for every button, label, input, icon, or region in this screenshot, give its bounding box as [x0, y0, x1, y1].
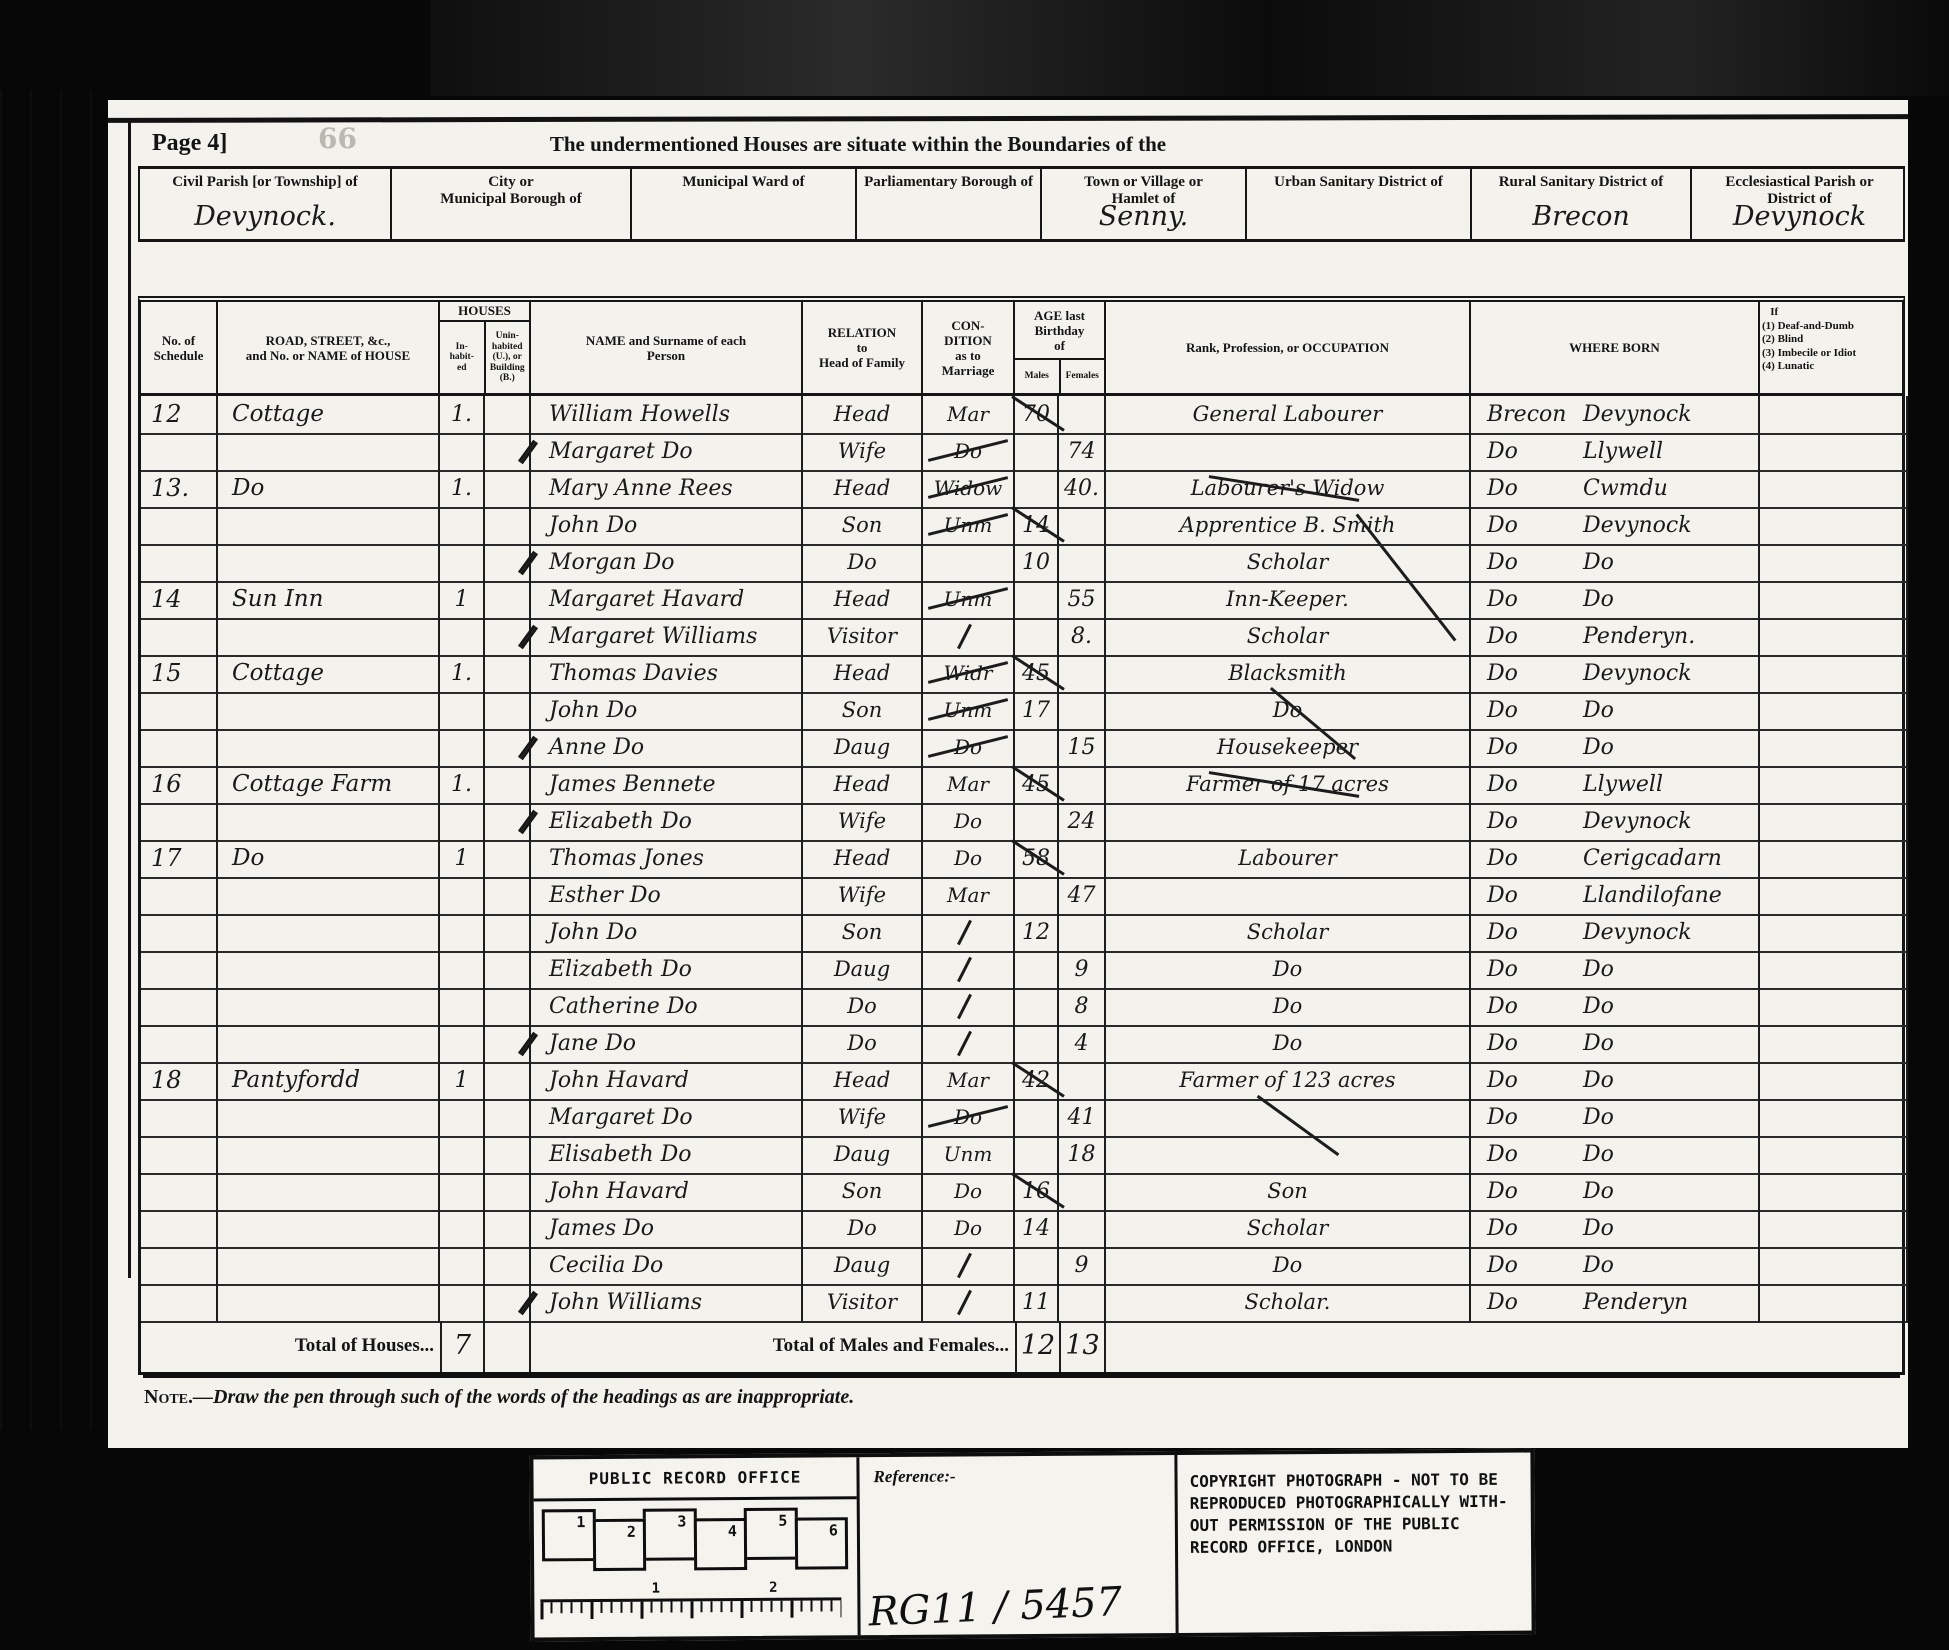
cell-house [218, 1099, 440, 1138]
born-county: Do [1487, 655, 1518, 692]
cell-occupation [1106, 803, 1471, 842]
cell-schedule [141, 951, 218, 990]
cell-house [218, 544, 440, 583]
born-county: Do [1487, 988, 1518, 1025]
cell-infirm [1760, 1284, 1908, 1323]
cell-condition: Do [923, 840, 1015, 879]
cell-uninhabited [485, 692, 531, 731]
cell-occupation: Labourer's Widow [1106, 470, 1471, 509]
born-parish: Penderyn. [1583, 618, 1695, 655]
cell-relation: Son [803, 914, 923, 953]
cell-occupation: Blacksmith [1106, 655, 1471, 694]
stamp-reference-section: Reference:- RG11 / 5457 [859, 1455, 1178, 1635]
cell-name: James Bennete [531, 766, 803, 805]
census-table: No. of Schedule ROAD, STREET, &c., and N… [138, 296, 1905, 1375]
cell-age_male: 42 [1015, 1062, 1059, 1101]
cell-house: Do [218, 470, 440, 509]
cell-born: DoPenderyn. [1471, 618, 1760, 657]
cell-name: Elizabeth Do [531, 803, 803, 842]
cell-age_male [1015, 803, 1059, 842]
cell-uninhabited [485, 655, 531, 694]
table-row: 12Cottage1.William HowellsHeadMar70Gener… [141, 396, 1902, 433]
cell-schedule [141, 692, 218, 731]
cell-schedule [141, 544, 218, 583]
cell-uninhabited [485, 988, 531, 1027]
pencil-folio-note: 66 [318, 122, 357, 155]
census-rows: 12Cottage1.William HowellsHeadMar70Gener… [138, 396, 1905, 1321]
district-label: Municipal Ward of [632, 174, 855, 191]
cell-uninhabited [485, 877, 531, 916]
cell-age_female [1059, 396, 1106, 435]
pro-reference-stamp: PUBLIC RECORD OFFICE 123456 1 2 Referenc… [529, 1448, 1535, 1641]
cell-inhabited [440, 1025, 485, 1064]
cell-born: DoDo [1471, 692, 1760, 731]
born-county: Brecon [1487, 396, 1566, 433]
page-left-rule [128, 118, 131, 1278]
cell-relation: Son [803, 692, 923, 731]
cell-occupation [1106, 877, 1471, 916]
table-row: Margaret DoWifeDo74DoLlywell [141, 433, 1902, 470]
cell-age_male: 70 [1015, 396, 1059, 435]
table-row: 15Cottage1.Thomas DaviesHeadWidr45Blacks… [141, 655, 1902, 692]
cell-house [218, 951, 440, 990]
cell-infirm [1760, 581, 1908, 620]
footnote: Note.—Draw the pen through such of the w… [144, 1386, 854, 1409]
cell-age_female [1059, 507, 1106, 546]
born-county: Do [1487, 544, 1518, 581]
cell-occupation: General Labourer [1106, 396, 1471, 435]
cell-relation: Visitor [803, 1284, 923, 1323]
table-row: Elizabeth DoDaug9DoDoDo [141, 951, 1902, 988]
cell-born: DoDo [1471, 1173, 1760, 1212]
born-county: Do [1487, 507, 1518, 544]
table-row: Margaret DoWifeDo41DoDo [141, 1099, 1902, 1136]
cell-name: Mary Anne Rees [531, 470, 803, 509]
cell-relation: Do [803, 1025, 923, 1064]
totals-row: Total of Houses... 7 Total of Males and … [138, 1321, 1905, 1375]
cell-name: Margaret Do [531, 433, 803, 472]
cell-house [218, 1025, 440, 1064]
cell-house [218, 1247, 440, 1286]
cell-condition [923, 1025, 1015, 1064]
born-county: Do [1487, 1210, 1518, 1247]
cell-occupation: Son [1106, 1173, 1471, 1212]
cell-relation: Head [803, 840, 923, 879]
ruler-major-ticks [540, 1600, 841, 1619]
born-parish: Do [1583, 729, 1614, 766]
cell-inhabited [440, 877, 485, 916]
cell-name: Anne Do [531, 729, 803, 768]
cell-name: Margaret Do [531, 1099, 803, 1138]
cell-uninhabited [485, 1136, 531, 1175]
cell-age_male: 14 [1015, 1210, 1059, 1249]
cell-relation: Wife [803, 803, 923, 842]
born-parish: Do [1583, 692, 1614, 729]
cell-condition: Mar [923, 1062, 1015, 1101]
col-header-uninhabited: Unin- habited (U.), or Building (B.) [486, 322, 530, 393]
cell-inhabited [440, 1136, 485, 1175]
born-parish: Penderyn [1583, 1284, 1688, 1321]
cell-house [218, 803, 440, 842]
cell-house: Do [218, 840, 440, 879]
cell-inhabited [440, 729, 485, 768]
born-county: Do [1487, 618, 1518, 655]
born-parish: Llywell [1583, 766, 1663, 803]
cell-schedule [141, 1284, 218, 1323]
cell-relation: Wife [803, 1099, 923, 1138]
cell-schedule [141, 877, 218, 916]
cell-inhabited [440, 692, 485, 731]
cell-born: DoDo [1471, 1247, 1760, 1286]
cell-condition: Unm [923, 1136, 1015, 1175]
born-county: Do [1487, 470, 1518, 507]
cell-name: Jane Do [531, 1025, 803, 1064]
col-header-name: NAME and Surname of each Person [531, 302, 803, 393]
district-label: Rural Sanitary District of [1472, 174, 1690, 191]
cell-uninhabited [485, 581, 531, 620]
cell-age_female [1059, 544, 1106, 583]
cell-infirm [1760, 433, 1908, 472]
cell-age_female [1059, 1210, 1106, 1249]
born-county: Do [1487, 581, 1518, 618]
district-value: Brecon [1472, 201, 1690, 232]
cell-relation: Head [803, 396, 923, 435]
cell-condition [923, 988, 1015, 1027]
district-header-table: Civil Parish [or Township] ofDevynock.Ci… [138, 166, 1905, 242]
census-page: Page 4] 66 The undermentioned Houses are… [108, 100, 1908, 1448]
cell-name: John Do [531, 507, 803, 546]
cell-schedule: 15 [141, 655, 218, 694]
cell-occupation: Do [1106, 692, 1471, 731]
col-header-schedule: No. of Schedule [141, 302, 218, 393]
cell-inhabited [440, 544, 485, 583]
total-females-value: 13 [1059, 1321, 1106, 1372]
cell-born: DoLlandilofane [1471, 877, 1760, 916]
born-parish: Do [1583, 988, 1614, 1025]
cell-relation: Head [803, 1062, 923, 1101]
cell-occupation: Scholar [1106, 1210, 1471, 1249]
cell-infirm [1760, 988, 1908, 1027]
born-county: Do [1487, 914, 1518, 951]
cell-inhabited [440, 618, 485, 657]
cell-condition: Widow [923, 470, 1015, 509]
cell-house [218, 914, 440, 953]
col-header-relation: RELATION to Head of Family [803, 302, 923, 393]
cell-infirm [1760, 1173, 1908, 1212]
cell-age_male [1015, 729, 1059, 768]
cell-name: William Howells [531, 396, 803, 435]
cell-relation: Do [803, 1210, 923, 1249]
col-header-infirmity: If (1) Deaf-and-Dumb (2) Blind (3) Imbec… [1760, 302, 1908, 393]
cell-name: Margaret Havard [531, 581, 803, 620]
cell-condition: Do [923, 433, 1015, 472]
cell-uninhabited [485, 1210, 531, 1249]
cell-condition [923, 951, 1015, 990]
cell-inhabited [440, 507, 485, 546]
cell-age_female [1059, 766, 1106, 805]
born-parish: Devynock [1583, 803, 1692, 840]
table-row: 14Sun Inn1Margaret HavardHeadUnm55Inn-Ke… [141, 581, 1902, 618]
stamp-copyright-text: COPYRIGHT PHOTOGRAPH - NOT TO BE REPRODU… [1177, 1453, 1531, 1633]
cell-house [218, 433, 440, 472]
cell-age_male: 10 [1015, 544, 1059, 583]
table-row: Anne DoDaugDo15HousekeeperDoDo [141, 729, 1902, 766]
cell-condition [923, 1284, 1015, 1323]
cell-condition: Do [923, 803, 1015, 842]
scale-cell: 3 [643, 1508, 697, 1560]
cell-house: Pantyfordd [218, 1062, 440, 1101]
cell-born: DoDo [1471, 1136, 1760, 1175]
cell-schedule: 14 [141, 581, 218, 620]
cell-name: Margaret Williams [531, 618, 803, 657]
table-row: Elizabeth DoWifeDo24DoDevynock [141, 803, 1902, 840]
cell-schedule: 18 [141, 1062, 218, 1101]
cell-name: Catherine Do [531, 988, 803, 1027]
cell-condition: Do [923, 1173, 1015, 1212]
cell-age_male [1015, 877, 1059, 916]
cell-occupation: Do [1106, 1025, 1471, 1064]
cell-occupation: Housekeeper [1106, 729, 1471, 768]
cell-born: DoLlywell [1471, 433, 1760, 472]
born-parish: Devynock [1583, 396, 1692, 433]
scale-cell: 4 [693, 1518, 747, 1570]
cell-schedule [141, 618, 218, 657]
cell-inhabited [440, 988, 485, 1027]
cell-condition: Do [923, 1210, 1015, 1249]
cell-infirm [1760, 1025, 1908, 1064]
cell-occupation: Inn-Keeper. [1106, 581, 1471, 620]
footnote-text: —Draw the pen through such of the words … [193, 1386, 854, 1408]
district-column: Town or Village or Hamlet ofSenny. [1042, 169, 1247, 239]
cell-infirm [1760, 803, 1908, 842]
table-row: John WilliamsVisitor11Scholar.DoPenderyn [141, 1284, 1902, 1321]
cell-age_female: 41 [1059, 1099, 1106, 1138]
cell-uninhabited [485, 1173, 531, 1212]
cell-occupation: Do [1106, 988, 1471, 1027]
cell-inhabited: 1. [440, 655, 485, 694]
cell-age_male [1015, 470, 1059, 509]
born-county: Do [1487, 1025, 1518, 1062]
cell-relation: Visitor [803, 618, 923, 657]
col-header-age: AGE last Birthday of [1015, 302, 1104, 360]
district-column: Rural Sanitary District ofBrecon [1472, 169, 1692, 239]
cell-age_male [1015, 1099, 1059, 1138]
cell-inhabited [440, 1099, 485, 1138]
table-row: Jane DoDo4DoDoDo [141, 1025, 1902, 1062]
born-parish: Do [1583, 1173, 1614, 1210]
cell-infirm [1760, 951, 1908, 990]
cell-born: DoDo [1471, 1099, 1760, 1138]
cell-born: DoDo [1471, 988, 1760, 1027]
born-county: Do [1487, 1247, 1518, 1284]
cell-uninhabited [485, 1099, 531, 1138]
cell-age_female [1059, 1284, 1106, 1323]
district-label: City or Municipal Borough of [392, 174, 630, 208]
ruler-number-2: 2 [769, 1580, 778, 1596]
cell-infirm [1760, 1099, 1908, 1138]
table-row: John DoSonUnm17DoDoDo [141, 692, 1902, 729]
cell-age_female: 18 [1059, 1136, 1106, 1175]
born-county: Do [1487, 1173, 1518, 1210]
district-column: Ecclesiastical Parish or District ofDevy… [1692, 169, 1907, 239]
table-row: John DoSon12ScholarDoDevynock [141, 914, 1902, 951]
district-column: Municipal Ward of [632, 169, 857, 239]
table-row: Cecilia DoDaug9DoDoDo [141, 1247, 1902, 1284]
born-county: Do [1487, 692, 1518, 729]
cell-inhabited: 1. [440, 470, 485, 509]
cell-infirm [1760, 692, 1908, 731]
cell-schedule [141, 988, 218, 1027]
cell-age_male [1015, 988, 1059, 1027]
cell-house [218, 1284, 440, 1323]
total-houses-value: 7 [440, 1321, 485, 1372]
cell-schedule [141, 433, 218, 472]
cell-infirm [1760, 766, 1908, 805]
reference-label: Reference:- [873, 1467, 955, 1488]
cell-inhabited [440, 433, 485, 472]
table-row: James DoDoDo14ScholarDoDo [141, 1210, 1902, 1247]
col-header-age-group: AGE last Birthday of Males Females [1015, 302, 1106, 393]
cell-infirm [1760, 1062, 1908, 1101]
cell-born: DoDevynock [1471, 655, 1760, 694]
district-value: Devynock [1692, 201, 1907, 232]
cell-condition [923, 618, 1015, 657]
cell-house [218, 1210, 440, 1249]
cell-relation: Wife [803, 433, 923, 472]
page-number: Page 4] [152, 130, 227, 157]
cell-occupation [1106, 1136, 1471, 1175]
cell-inhabited [440, 1284, 485, 1323]
cell-uninhabited [485, 1062, 531, 1101]
cell-schedule: 13. [141, 470, 218, 509]
scale-cell: 6 [794, 1517, 848, 1569]
cell-age_female [1059, 1062, 1106, 1101]
cell-relation: Wife [803, 877, 923, 916]
cell-house: Cottage Farm [218, 766, 440, 805]
cell-occupation: Do [1106, 1247, 1471, 1286]
cell-inhabited: 1. [440, 766, 485, 805]
col-header-males: Males [1015, 360, 1061, 393]
cell-schedule [141, 1247, 218, 1286]
col-header-houses-group: HOUSES In- habit- ed Unin- habited (U.),… [440, 302, 531, 393]
cell-name: John Havard [531, 1173, 803, 1212]
born-parish: Do [1583, 1025, 1614, 1062]
cell-condition: Mar [923, 877, 1015, 916]
cell-schedule [141, 1099, 218, 1138]
scale-cell: 5 [744, 1508, 798, 1560]
cell-condition [923, 1247, 1015, 1286]
born-parish: Do [1583, 1247, 1614, 1284]
cell-occupation: Labourer [1106, 840, 1471, 879]
district-label: Civil Parish [or Township] of [140, 174, 390, 191]
cell-infirm [1760, 618, 1908, 657]
table-row: 18Pantyfordd1John HavardHeadMar42Farmer … [141, 1062, 1902, 1099]
cell-age_male [1015, 433, 1059, 472]
cell-age_female [1059, 1173, 1106, 1212]
census-table-header: No. of Schedule ROAD, STREET, &c., and N… [138, 296, 1905, 396]
cell-uninhabited [485, 840, 531, 879]
cell-age_male [1015, 951, 1059, 990]
table-row: Elisabeth DoDaugUnm18DoDo [141, 1136, 1902, 1173]
cell-occupation: Do [1106, 951, 1471, 990]
cell-occupation: Scholar [1106, 544, 1471, 583]
cell-age_female: 47 [1059, 877, 1106, 916]
cell-house [218, 507, 440, 546]
born-parish: Do [1583, 1099, 1614, 1136]
cell-name: John Havard [531, 1062, 803, 1101]
cell-age_female: 9 [1059, 951, 1106, 990]
cell-schedule [141, 914, 218, 953]
cell-house: Cottage [218, 655, 440, 694]
cell-uninhabited [485, 914, 531, 953]
cell-occupation: Farmer of 17 acres [1106, 766, 1471, 805]
cell-house: Cottage [218, 396, 440, 435]
cell-born: DoDo [1471, 729, 1760, 768]
cell-born: BreconDevynock [1471, 396, 1760, 435]
cell-age_male: 12 [1015, 914, 1059, 953]
cell-infirm [1760, 655, 1908, 694]
cell-inhabited [440, 1247, 485, 1286]
table-row: Margaret WilliamsVisitor8.ScholarDoPende… [141, 618, 1902, 655]
cell-house [218, 1173, 440, 1212]
born-parish: Do [1583, 544, 1614, 581]
cell-infirm [1760, 1247, 1908, 1286]
cell-inhabited [440, 914, 485, 953]
cell-schedule: 17 [141, 840, 218, 879]
col-header-occupation: Rank, Profession, or OCCUPATION [1106, 302, 1471, 393]
total-males-value: 12 [1015, 1321, 1059, 1372]
born-county: Do [1487, 877, 1518, 914]
col-header-females: Females [1061, 360, 1105, 393]
cell-age_female: 74 [1059, 433, 1106, 472]
cell-born: DoDo [1471, 951, 1760, 990]
cell-name: Thomas Jones [531, 840, 803, 879]
table-row: 17Do1Thomas JonesHeadDo58LabourerDoCerig… [141, 840, 1902, 877]
cell-age_male: 58 [1015, 840, 1059, 879]
cell-relation: Do [803, 544, 923, 583]
film-streak [430, 0, 1949, 96]
total-males-females-label: Total of Males and Females... [531, 1321, 1015, 1372]
table-row: Catherine DoDo8DoDoDo [141, 988, 1902, 1025]
cell-inhabited: 1 [440, 581, 485, 620]
cell-name: John Williams [531, 1284, 803, 1323]
cell-infirm [1760, 729, 1908, 768]
cell-uninhabited [485, 470, 531, 509]
film-streak [0, 90, 108, 1430]
table-row: John HavardSonDo16SonDoDo [141, 1173, 1902, 1210]
cell-age_male [1015, 618, 1059, 657]
cell-infirm [1760, 1136, 1908, 1175]
cell-age_female [1059, 655, 1106, 694]
born-parish: Llandilofane [1583, 877, 1722, 914]
cell-uninhabited [485, 396, 531, 435]
cell-occupation [1106, 433, 1471, 472]
cell-schedule [141, 1136, 218, 1175]
cell-infirm [1760, 840, 1908, 879]
cell-inhabited [440, 951, 485, 990]
born-county: Do [1487, 766, 1518, 803]
totals-spacer [1106, 1321, 1908, 1372]
district-column: Urban Sanitary District of [1247, 169, 1472, 239]
cell-born: DoDo [1471, 1025, 1760, 1064]
cell-uninhabited [485, 766, 531, 805]
cell-relation: Head [803, 581, 923, 620]
cell-born: DoLlywell [1471, 766, 1760, 805]
ruler-number-1: 1 [652, 1581, 661, 1597]
born-parish: Cwmdu [1583, 470, 1668, 507]
totals-spacer [485, 1321, 531, 1372]
district-value: Devynock. [140, 201, 390, 232]
